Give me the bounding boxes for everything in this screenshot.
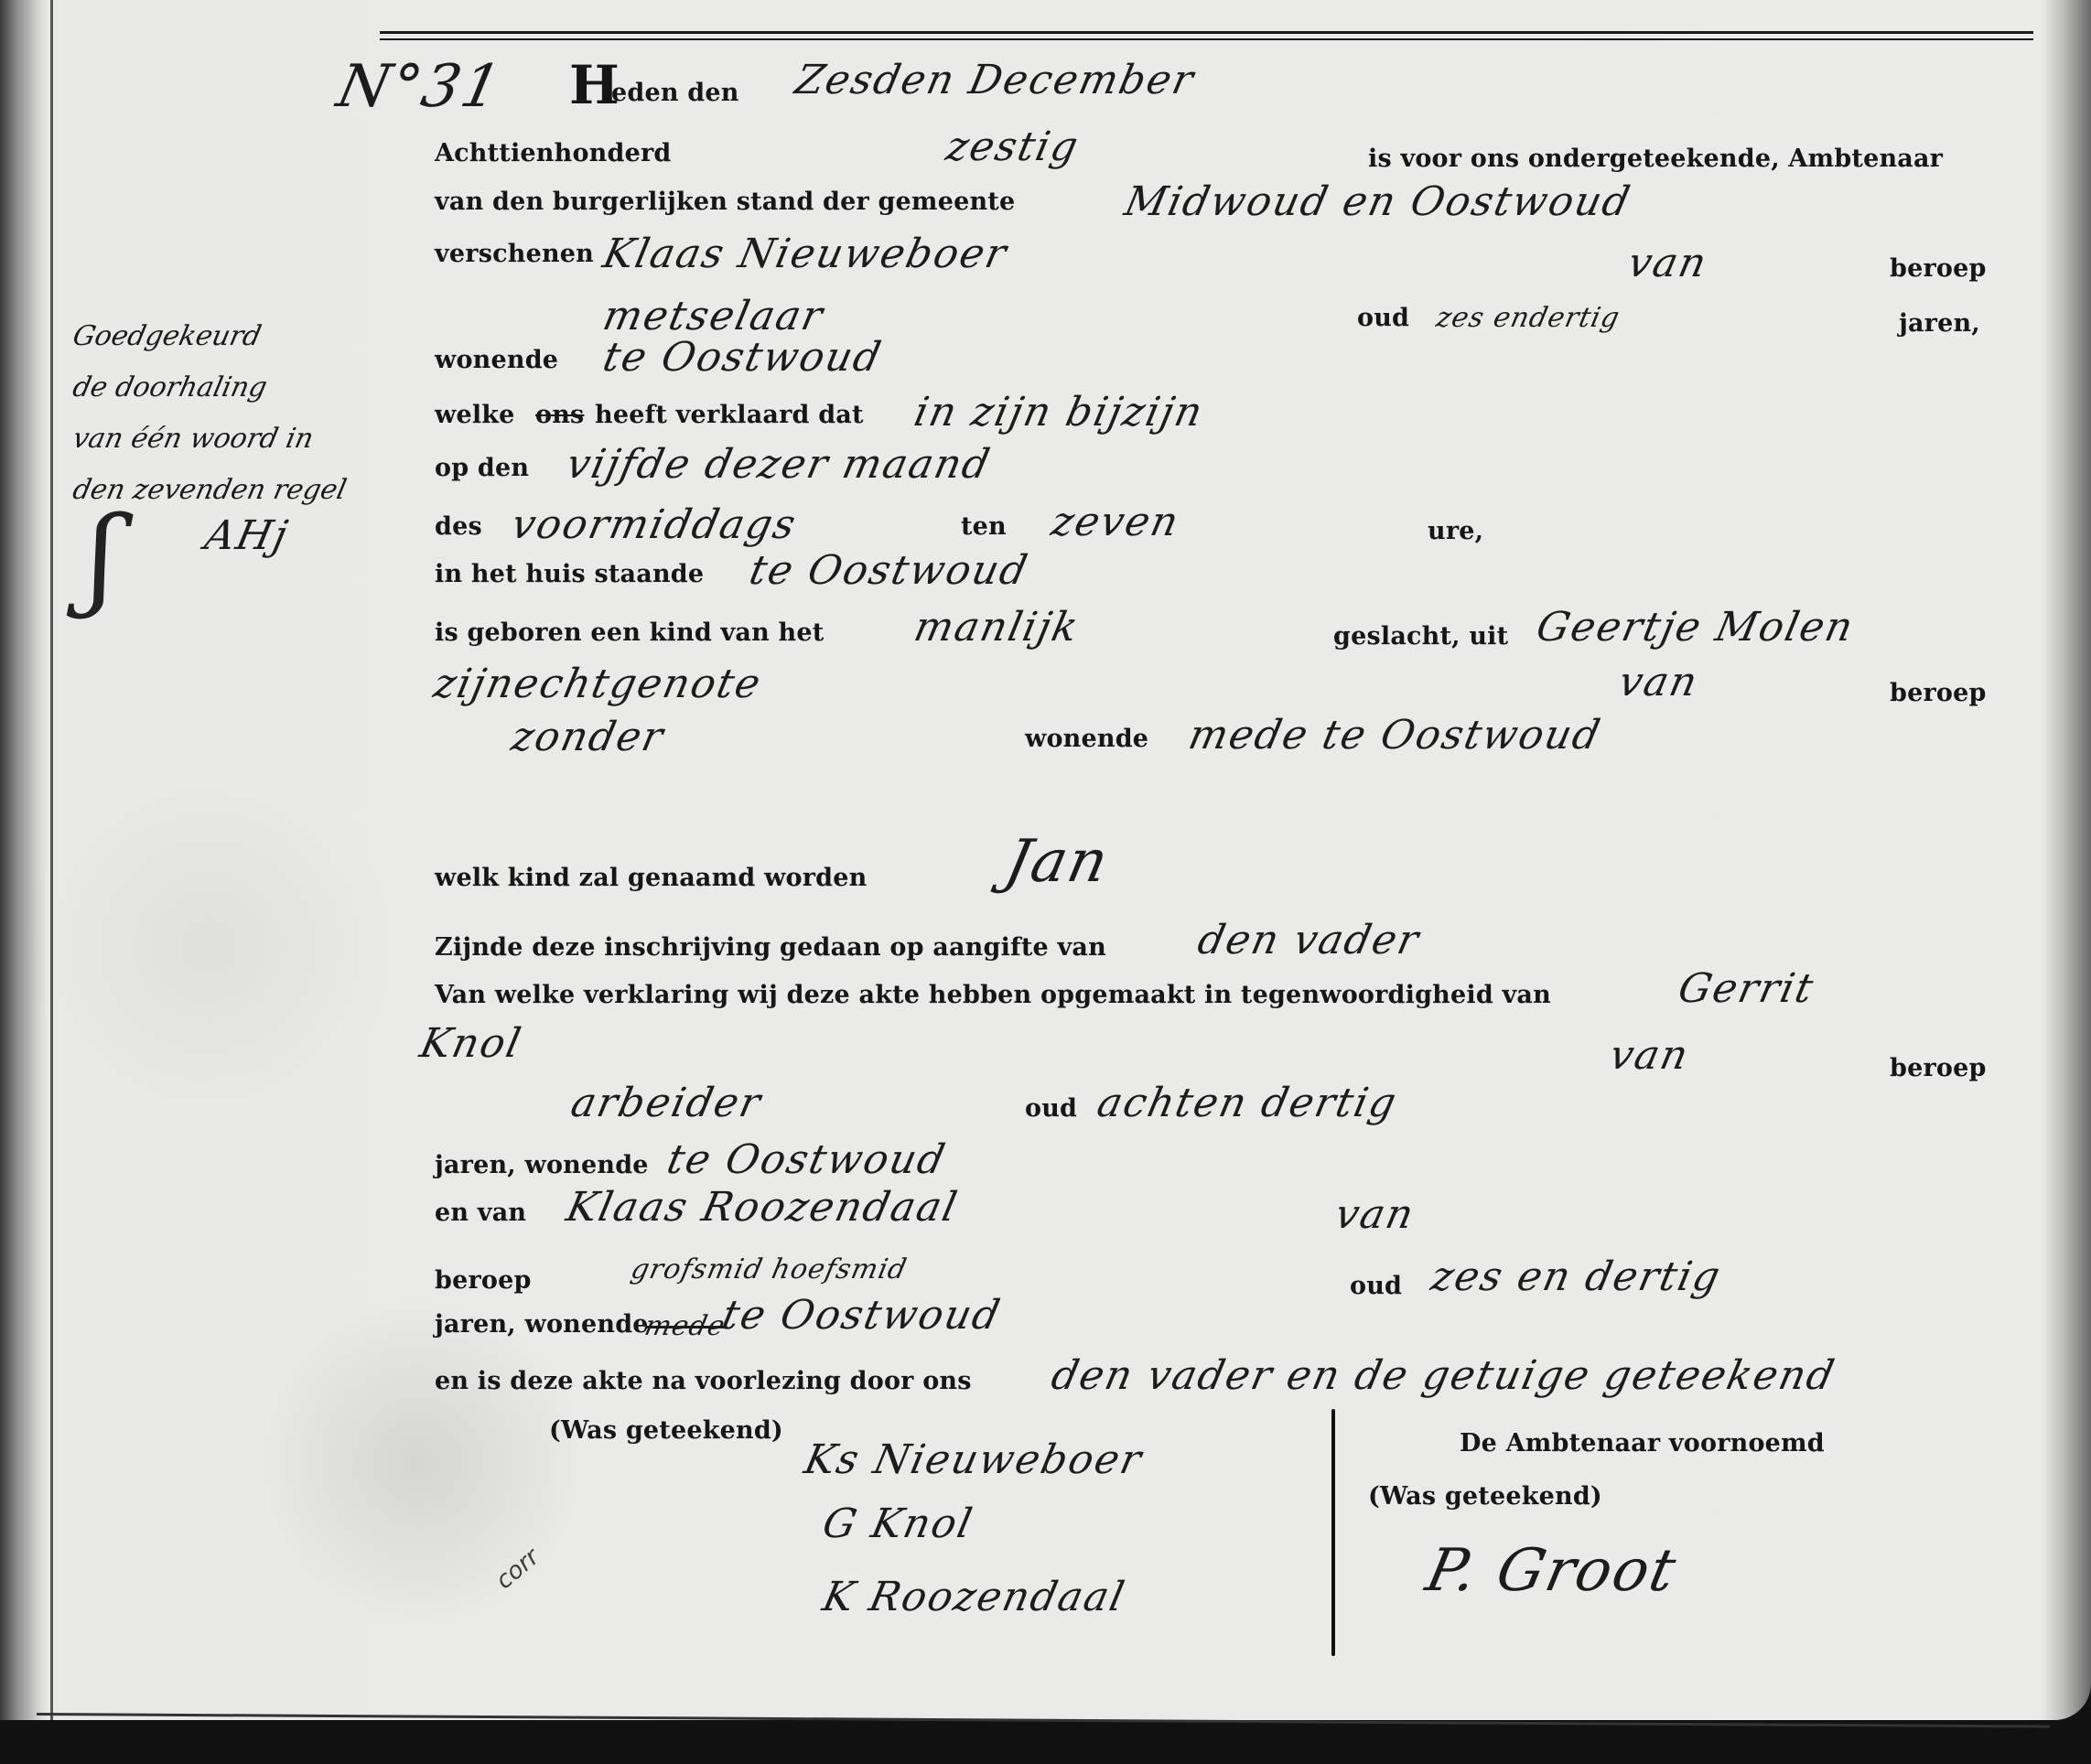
- hw-day-month: Zesden December: [792, 57, 1200, 103]
- margin-annotation: Goedgekeurd de doorhaling van één woord …: [73, 311, 439, 516]
- margin-initials: AHj: [201, 512, 294, 559]
- signature-witness2: K Roozendaal: [819, 1574, 1130, 1620]
- printed-ure: ure,: [1428, 517, 1483, 545]
- hw-occupation-2: zonder: [508, 714, 669, 760]
- hw-signed-by: den vader en de getuige geteekend: [1048, 1352, 1840, 1399]
- printed-jaren-wonende-2: jaren, wonende: [435, 1310, 649, 1339]
- printed-van-welke: Van welke verklaring wij deze akte hebbe…: [435, 981, 1551, 1009]
- printed-oud-3: oud: [1350, 1272, 1402, 1300]
- printed-en-van: en van: [435, 1199, 526, 1227]
- printed-verschenen: verschenen: [435, 240, 594, 268]
- printed-ten: ten: [961, 512, 1007, 541]
- margin-note-line: van één woord in: [68, 414, 445, 465]
- hw-witness2-residence: te Oostwoud: [718, 1292, 1006, 1339]
- signature-brace: [1331, 1409, 1335, 1656]
- printed-de-ambtenaar: De Ambtenaar voornoemd: [1460, 1429, 1825, 1457]
- printed-heden-den: eden den: [611, 79, 739, 107]
- header-rule-top: [380, 31, 2033, 34]
- printed-struck-ons: ons: [535, 401, 584, 429]
- binding-edge: [50, 0, 53, 1720]
- printed-des: des: [435, 512, 482, 541]
- entry-number: N°31: [331, 53, 508, 121]
- header-rule-bottom: [380, 38, 2033, 40]
- hw-witness1-age: achten dertig: [1094, 1080, 1402, 1126]
- printed-in-het-huis: in het huis staande: [435, 560, 704, 588]
- page-bottom-edge: [37, 1713, 2050, 1727]
- hw-van-3: van: [1606, 1032, 1694, 1079]
- hw-witness2-age: zes en dertig: [1428, 1253, 1726, 1300]
- printed-heeft-verklaard: heeft verklaard dat: [595, 401, 864, 429]
- hw-declarant: Klaas Nieuweboer: [599, 231, 1012, 277]
- printed-is-geboren: is geboren een kind van het: [435, 618, 824, 647]
- printed-wonende-2: wonende: [1025, 725, 1148, 753]
- signature-declarant: Ks Nieuweboer: [801, 1436, 1148, 1483]
- printed-jaren-wonende-1: jaren, wonende: [435, 1151, 649, 1179]
- hw-van-1: van: [1624, 240, 1712, 286]
- hw-struck-mede: mede: [641, 1310, 728, 1342]
- printed-oud-1: oud: [1357, 304, 1409, 332]
- hw-house: te Oostwoud: [746, 547, 1033, 594]
- hw-year: zestig: [943, 124, 1084, 170]
- hw-witness1-first: Gerrit: [1675, 965, 1819, 1012]
- hw-informant: den vader: [1194, 917, 1425, 963]
- hw-van-4: van: [1331, 1191, 1419, 1238]
- paraph-flourish-icon: ʃ: [87, 494, 117, 621]
- printed-beroep-4: beroep: [435, 1266, 532, 1295]
- register-page: Goedgekeurd de doorhaling van één woord …: [0, 0, 2091, 1720]
- hw-occupation-1: metselaar: [599, 293, 828, 339]
- hw-child-name: Jan: [999, 828, 1116, 896]
- hw-witness1-occupation: arbeider: [567, 1080, 767, 1126]
- printed-was-geteekend-2: (Was geteekend): [1368, 1482, 1602, 1511]
- printed-welk-kind: welk kind zal genaamd worden: [435, 864, 867, 892]
- signature-witness1: G Knol: [819, 1500, 978, 1547]
- printed-beroep-3: beroep: [1890, 1054, 1987, 1082]
- hw-age-1: zes endertig: [1433, 302, 1622, 334]
- printed-welke: welke: [435, 401, 515, 429]
- printed-wonende-1: wonende: [435, 346, 558, 374]
- printed-burgerlijken-stand: van den burgerlijken stand der gemeente: [435, 188, 1015, 216]
- hw-hour: zeven: [1048, 499, 1184, 545]
- printed-beroep-2: beroep: [1890, 679, 1987, 707]
- printed-oud-2: oud: [1025, 1094, 1077, 1123]
- printed-is-voor-ons: is voor ons ondergeteekende, Ambtenaar: [1368, 145, 1943, 173]
- pencil-note: corr: [490, 1543, 544, 1595]
- hw-mother: Geertje Molen: [1533, 604, 1859, 651]
- hw-sex: manlijk: [911, 604, 1084, 651]
- printed-jaren-1: jaren,: [1899, 309, 1980, 338]
- hw-residence-1: te Oostwoud: [599, 334, 887, 381]
- hw-relation: zijnechtgenote: [430, 661, 767, 707]
- hw-time-of-day: voormiddags: [508, 501, 802, 548]
- margin-note-line: den zevenden regel: [68, 465, 445, 516]
- signature-official: P. Groot: [1420, 1537, 1683, 1605]
- hw-witness2-occupation: grofsmid hoefsmid: [628, 1253, 910, 1285]
- printed-op-den: op den: [435, 454, 529, 482]
- printed-zijnde: Zijnde deze inschrijving gedaan op aangi…: [435, 933, 1106, 962]
- hw-van-2: van: [1615, 659, 1703, 705]
- hw-gemeente: Midwoud en Oostwoud: [1121, 178, 1636, 225]
- printed-achttienhonderd: Achttienhonderd: [435, 139, 671, 167]
- printed-geslacht-uit: geslacht, uit: [1333, 622, 1508, 651]
- hw-present: in zijn bijzijn: [911, 389, 1209, 436]
- hw-witness2: Klaas Roozendaal: [563, 1184, 963, 1231]
- hw-date: vijfde dezer maand: [563, 441, 996, 488]
- margin-note-line: Goedgekeurd: [68, 311, 445, 362]
- hw-witness1-last: Knol: [416, 1020, 527, 1067]
- margin-note-line: de doorhaling: [68, 362, 445, 414]
- printed-beroep-1: beroep: [1890, 254, 1987, 283]
- hw-residence-2: mede te Oostwoud: [1185, 712, 1606, 758]
- printed-was-geteekend-1: (Was geteekend): [549, 1416, 783, 1445]
- hw-witness1-residence: te Oostwoud: [663, 1136, 951, 1183]
- printed-en-is-deze: en is deze akte na voorlezing door ons: [435, 1367, 972, 1395]
